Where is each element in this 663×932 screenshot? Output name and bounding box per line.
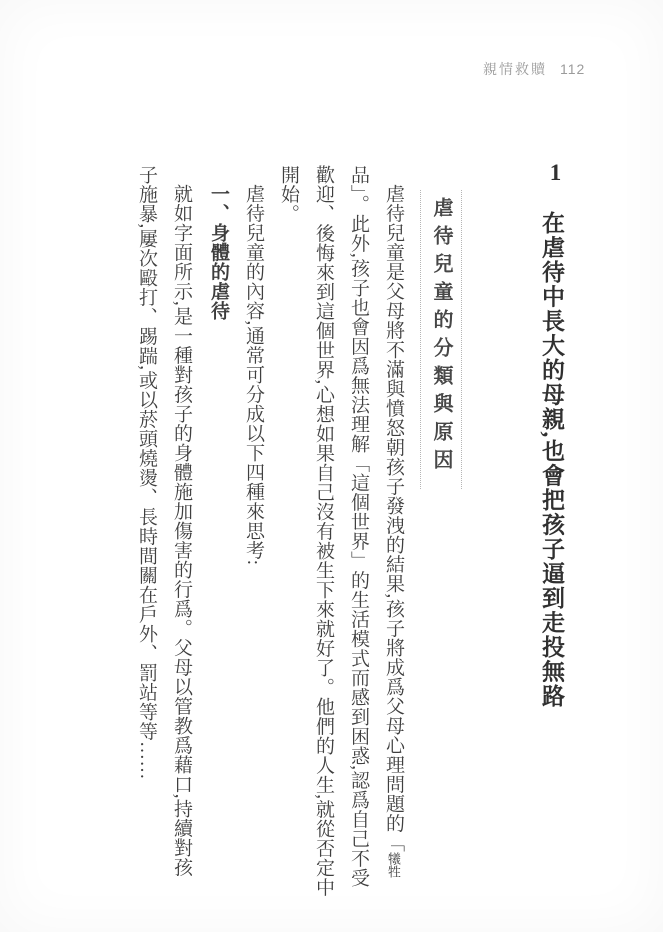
page-number: 112 (560, 61, 585, 77)
body-column-5: 虐待兒童的內容,通常可分成以下四種來思考: (244, 165, 263, 925)
running-head: 親情救贖 112 (483, 59, 585, 79)
body-column-7: 就如字面所示,是一種對孩子的身體施加傷害的行爲。父母以管教爲藉口,持續對孩 (172, 165, 191, 925)
body-text: 虐待兒童是父母將不滿與憤怒朝孩子發洩的結果,孩子將成爲父母心理問題的「犧牲 品」… (121, 165, 403, 925)
subsection-heading: 一、身體的虐待 (209, 165, 228, 925)
book-title: 親情救贖 (483, 59, 547, 79)
compressed-chars: 犧牲 (386, 852, 401, 878)
body-column-8: 子施暴,屢次毆打、踢踹,或以菸頭燒燙、長時間關在戶外、罰站等等…… (137, 165, 156, 925)
chapter-title: 在虐待中長大的母親,也會把孩子逼到走投無路 (537, 211, 565, 708)
body-column-3: 歡迎、後悔來到這個世界,心想如果自己沒有被生下來就好了。他們的人生,就從否定中 (314, 165, 333, 925)
chapter-number: 1 (542, 160, 568, 185)
book-page: 親情救贖 112 1 在虐待中長大的母親,也會把孩子逼到走投無路 虐待兒童的分類… (0, 0, 663, 932)
section-heading: 虐待兒童的分類與原因 (420, 190, 462, 489)
body-column-2: 品」。此外,孩子也會因爲無法理解「這個世界」的生活模式而感到困惑,認爲自己不受 (349, 165, 368, 925)
body-column-1-text: 虐待兒童是父母將不滿與憤怒朝孩子發洩的結果,孩子將成爲父母心理問題的「 (383, 184, 404, 852)
body-column-1: 虐待兒童是父母將不滿與憤怒朝孩子發洩的結果,孩子將成爲父母心理問題的「犧牲 (384, 165, 403, 925)
body-column-4: 開始。 (279, 165, 298, 925)
